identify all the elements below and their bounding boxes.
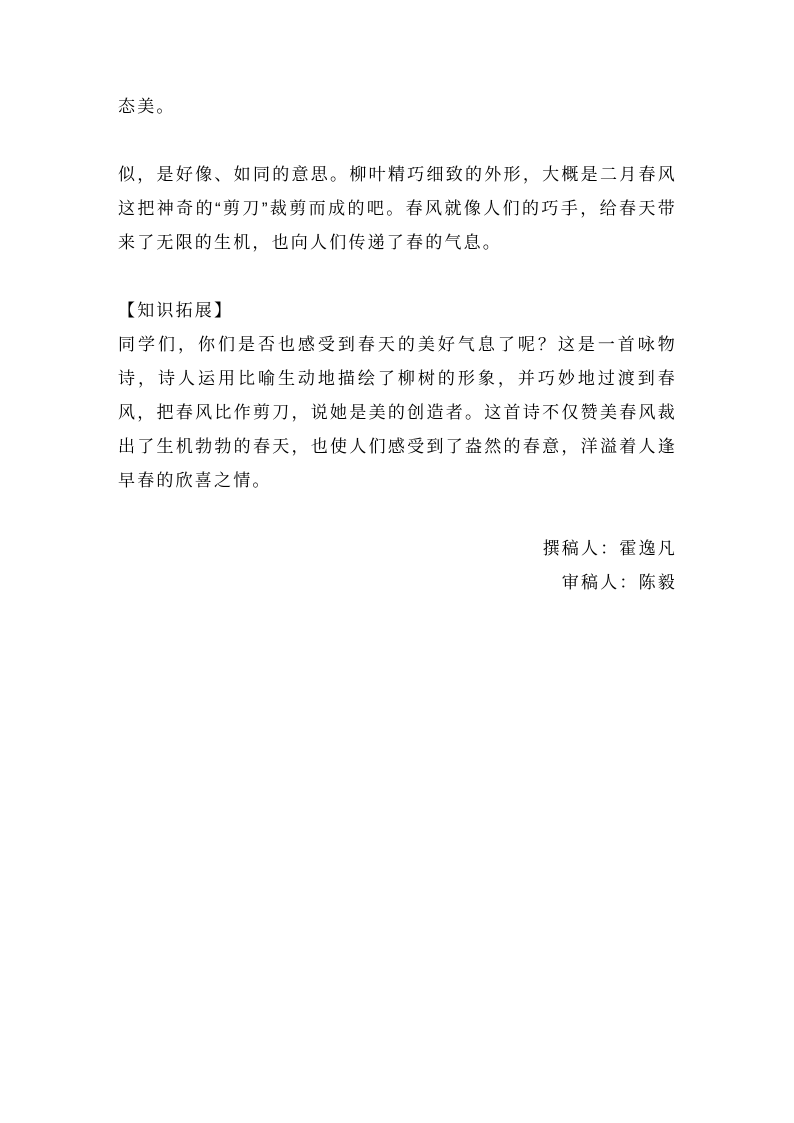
- knowledge-expansion-heading: 【知识拓展】: [118, 294, 677, 328]
- page-content: 态美。 似，是好像、如同的意思。柳叶精巧细致的外形，大概是二月春风这把神奇的“剪…: [118, 90, 677, 600]
- document-page: 态美。 似，是好像、如同的意思。柳叶精巧细致的外形，大概是二月春风这把神奇的“剪…: [0, 0, 794, 1123]
- analysis-paragraph: 似，是好像、如同的意思。柳叶精巧细致的外形，大概是二月春风这把神奇的“剪刀”裁剪…: [118, 158, 677, 260]
- reviewer-credit-line: 审稿人：陈毅: [118, 566, 677, 600]
- knowledge-expansion-paragraph: 同学们，你们是否也感受到春天的美好气息了呢？这是一首咏物诗，诗人运用比喻生动地描…: [118, 328, 677, 498]
- continued-paragraph: 态美。: [118, 90, 677, 124]
- writer-credit-line: 撰稿人：霍逸凡: [118, 532, 677, 566]
